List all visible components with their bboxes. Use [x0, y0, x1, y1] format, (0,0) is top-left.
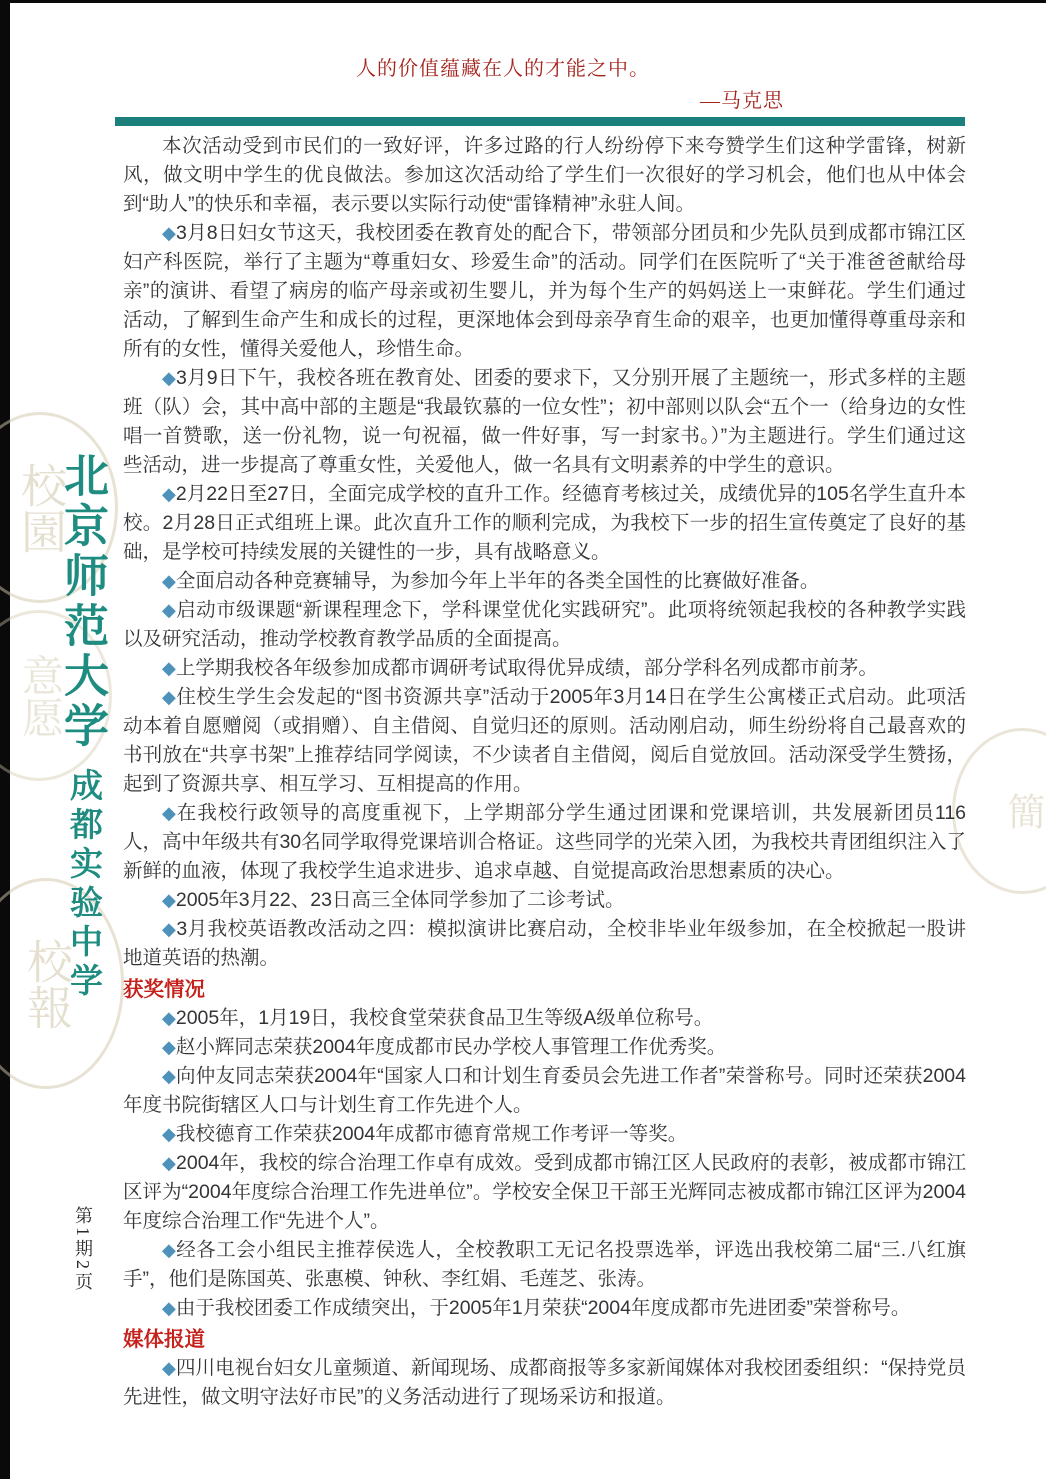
- diamond-bullet-icon: ◆: [162, 919, 176, 939]
- paragraph-text: 3月我校英语教改活动之四：模拟演讲比赛启动，全校非毕业年级参加，在全校掀起一股讲…: [123, 918, 966, 969]
- paragraph-text: 本次活动受到市民们的一致好评，许多过路的行人纷纷停下来夸赞学生们这种学雷锋，树新…: [123, 135, 966, 215]
- bullet-item: ◆全面启动各种竞赛辅导，为参加今年上半年的各类全国性的比赛做好准备。: [123, 567, 966, 596]
- diamond-bullet-icon: ◆: [162, 687, 176, 707]
- bullet-item: ◆由于我校团委工作成绩突出，于2005年1月荣获“2004年度成都市先进团委”荣…: [123, 1294, 966, 1323]
- diamond-bullet-icon: ◆: [162, 803, 177, 823]
- bullet-item: ◆向仲友同志荣获2004年“国家人口和计划生育委员会先进工作者”荣誉称号。同时还…: [123, 1062, 966, 1120]
- diamond-bullet-icon: ◆: [162, 1358, 176, 1378]
- bullet-item: ◆2004年，我校的综合治理工作卓有成效。受到成都市锦江区人民政府的表彰，被成都…: [123, 1149, 966, 1236]
- school-name-calligraphy: 北京师范大学: [50, 452, 115, 752]
- bullet-item: ◆上学期我校各年级参加成都市调研考试取得优异成绩，部分学科名列成都市前茅。: [123, 654, 966, 683]
- paragraph-text: 我校德育工作荣获2004年成都市德育常规工作考评一等奖。: [176, 1123, 687, 1145]
- bullet-item: ◆在我校行政领导的高度重视下，上学期部分学生通过团课和党课培训，共发展新团员11…: [123, 799, 966, 886]
- paragraph-text: 由于我校团委工作成绩突出，于2005年1月荣获“2004年度成都市先进团委”荣誉…: [176, 1297, 911, 1319]
- bullet-item: ◆3月我校英语教改活动之四：模拟演讲比赛启动，全校非毕业年级参加，在全校掀起一股…: [123, 915, 966, 973]
- bullet-item: ◆经各工会小组民主推荐侯选人，全校教职工无记名投票选举，评选出我校第二届“三.八…: [123, 1236, 966, 1294]
- paragraph-text: 赵小辉同志荣获2004年度成都市民办学校人事管理工作优秀奖。: [176, 1036, 726, 1058]
- header-quote-attribution: —马克思: [700, 84, 784, 113]
- paragraph-text: 在我校行政领导的高度重视下，上学期部分学生通过团课和党课培训，共发展新团员116…: [123, 802, 966, 882]
- diamond-bullet-icon: ◆: [162, 368, 176, 388]
- bullet-item: ◆2005年，1月19日，我校食堂荣获食品卫生等级A级单位称号。: [123, 1004, 966, 1033]
- paragraph-text: 经各工会小组民主推荐侯选人，全校教职工无记名投票选举，评选出我校第二届“三.八红…: [123, 1239, 966, 1290]
- diamond-bullet-icon: ◆: [162, 1240, 176, 1260]
- diamond-bullet-icon: ◆: [162, 600, 176, 620]
- paragraph-text: 2月22日至27日，全面完成学校的直升工作。经德育考核过关，成绩优异的105名学…: [123, 483, 966, 563]
- section-heading-media: 媒体报道: [123, 1325, 966, 1354]
- school-name-subtitle: 成都实验中学: [60, 768, 107, 1002]
- diamond-bullet-icon: ◆: [162, 484, 176, 504]
- issue-page-label: 第1期2页: [70, 1206, 96, 1293]
- scan-edge-left: [0, 0, 10, 1479]
- diamond-bullet-icon: ◆: [162, 1066, 176, 1086]
- bullet-item: ◆2005年3月22、23日高三全体同学参加了二诊考试。: [123, 886, 966, 915]
- paragraph-text: 2005年，1月19日，我校食堂荣获食品卫生等级A级单位称号。: [176, 1007, 713, 1029]
- paragraph-text: 全面启动各种竞赛辅导，为参加今年上半年的各类全国性的比赛做好准备。: [176, 570, 820, 592]
- paragraph-text: 3月8日妇女节这天，我校团委在教育处的配合下，带领部分团员和少先队员到成都市锦江…: [123, 222, 966, 360]
- news-paragraph: 本次活动受到市民们的一致好评，许多过路的行人纷纷停下来夸赞学生们这种学雷锋，树新…: [123, 132, 966, 219]
- diamond-bullet-icon: ◆: [162, 571, 176, 591]
- bullet-item: ◆3月8日妇女节这天，我校团委在教育处的配合下，带领部分团员和少先队员到成都市锦…: [123, 219, 966, 364]
- paragraph-text: 3月9日下午，我校各班在教育处、团委的要求下，又分别开展了主题统一，形式多样的主…: [123, 367, 966, 476]
- scan-edge-top: [0, 0, 1046, 3]
- bullet-item: ◆我校德育工作荣获2004年成都市德育常规工作考评一等奖。: [123, 1120, 966, 1149]
- bullet-item: ◆赵小辉同志荣获2004年度成都市民办学校人事管理工作优秀奖。: [123, 1033, 966, 1062]
- newsletter-body: 本次活动受到市民们的一致好评，许多过路的行人纷纷停下来夸赞学生们这种学雷锋，树新…: [123, 132, 966, 1412]
- paragraph-text: 上学期我校各年级参加成都市调研考试取得优异成绩，部分学科名列成都市前茅。: [176, 657, 878, 679]
- paragraph-text: 四川电视台妇女儿童频道、新闻现场、成都商报等多家新闻媒体对我校团委组织：“保持党…: [123, 1357, 966, 1408]
- diamond-bullet-icon: ◆: [162, 1298, 176, 1318]
- header-quote: 人的价值蕴藏在人的才能之中。: [356, 52, 650, 81]
- paragraph-text: 住校生学生会发起的“图书资源共享”活动于2005年3月14日在学生公寓楼正式启动…: [123, 686, 966, 795]
- bullet-item: ◆四川电视台妇女儿童频道、新闻现场、成都商报等多家新闻媒体对我校团委组织：“保持…: [123, 1354, 966, 1412]
- section-heading-awards: 获奖情况: [123, 975, 966, 1004]
- teal-divider-bar: [115, 117, 965, 126]
- diamond-bullet-icon: ◆: [162, 658, 176, 678]
- diamond-bullet-icon: ◆: [162, 1037, 176, 1057]
- bullet-item: ◆3月9日下午，我校各班在教育处、团委的要求下，又分别开展了主题统一，形式多样的…: [123, 364, 966, 480]
- diamond-bullet-icon: ◆: [162, 1008, 176, 1028]
- diamond-bullet-icon: ◆: [162, 1124, 176, 1144]
- paragraph-text: 2005年3月22、23日高三全体同学参加了二诊考试。: [176, 889, 625, 911]
- diamond-bullet-icon: ◆: [162, 223, 176, 243]
- bullet-item: ◆启动市级课题“新课程理念下，学科课堂优化实践研究”。此项将统领起我校的各种教学…: [123, 596, 966, 654]
- paragraph-text: 向仲友同志荣获2004年“国家人口和计划生育委员会先进工作者”荣誉称号。同时还荣…: [123, 1065, 966, 1116]
- diamond-bullet-icon: ◆: [162, 1153, 176, 1173]
- watermark-seal: 簡: [952, 728, 1046, 894]
- paragraph-text: 2004年，我校的综合治理工作卓有成效。受到成都市锦江区人民政府的表彰，被成都市…: [123, 1152, 966, 1232]
- paragraph-text: 启动市级课题“新课程理念下，学科课堂优化实践研究”。此项将统领起我校的各种教学实…: [123, 599, 966, 650]
- bullet-item: ◆住校生学生会发起的“图书资源共享”活动于2005年3月14日在学生公寓楼正式启…: [123, 683, 966, 799]
- bullet-item: ◆2月22日至27日，全面完成学校的直升工作。经德育考核过关，成绩优异的105名…: [123, 480, 966, 567]
- diamond-bullet-icon: ◆: [162, 890, 176, 910]
